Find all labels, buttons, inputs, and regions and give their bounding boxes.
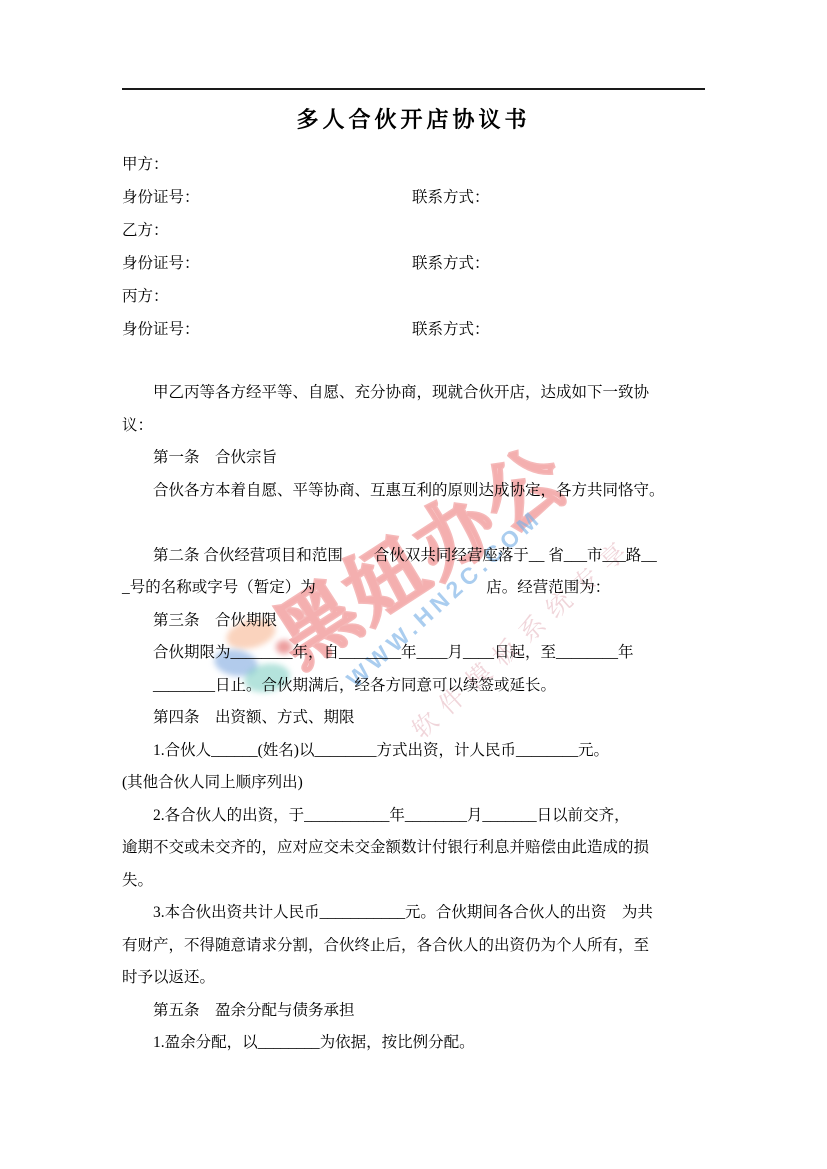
body-line: 失。 [122, 865, 742, 898]
agreement-body: 甲乙丙等各方经平等、自愿、充分协商，现就合伙开店，达成如下一致协 议： 第一条 … [122, 377, 742, 1060]
body-line: 有财产，不得随意请求分割，合伙终止后，各合伙人的出资仍为个人所有，至 [122, 930, 742, 963]
party-c-row: 丙方： [122, 280, 705, 313]
party-b-id-row: 身份证号：联系方式： [122, 247, 705, 280]
document-page: 黑妞办公 WWW.HN2C.COM 软件模板系统专享 多人合伙开店协议书 甲方：… [0, 0, 827, 1169]
body-line: _号的名称或字号（暂定）为 店。经营范围为： [122, 572, 742, 605]
party-b-id-label: 身份证号： [122, 255, 200, 272]
party-info-block: 甲方： 身份证号：联系方式： 乙方： 身份证号：联系方式： 丙方： 身份证号：联… [122, 148, 705, 346]
body-line: 第四条 出资额、方式、期限 [122, 702, 742, 735]
party-b-contact-label: 联系方式： [412, 247, 490, 280]
body-line: 合伙期限为________年，自________年____月____日起，至__… [122, 637, 742, 670]
header-rule [122, 88, 705, 90]
party-a-id-label: 身份证号： [122, 189, 200, 206]
party-c-label: 丙方： [122, 288, 169, 305]
body-line: 甲乙丙等各方经平等、自愿、充分协商，现就合伙开店，达成如下一致协 [122, 377, 742, 410]
body-line: 1.盈余分配，以________为依据，按比例分配。 [122, 1027, 742, 1060]
body-line: 第三条 合伙期限 [122, 605, 742, 638]
body-line: 第二条 合伙经营项目和范围 合伙双共同经营座落于__ 省___市___路__ [122, 540, 742, 573]
document-title: 多人合伙开店协议书 [122, 103, 705, 134]
body-line: ________日止。合伙期满后，经各方同意可以续签或延长。 [122, 670, 742, 703]
body-line: (其他合伙人同上顺序列出) [122, 767, 742, 800]
party-a-row: 甲方： [122, 148, 705, 181]
party-c-id-row: 身份证号：联系方式： [122, 313, 705, 346]
document-content: 多人合伙开店协议书 甲方： 身份证号：联系方式： 乙方： 身份证号：联系方式： … [0, 0, 827, 1169]
body-line: 第五条 盈余分配与债务承担 [122, 995, 742, 1028]
blank-line [122, 507, 742, 540]
body-line: 时予以返还。 [122, 962, 742, 995]
body-line: 议： [122, 410, 742, 443]
party-c-contact-label: 联系方式： [412, 313, 490, 346]
body-line: 逾期不交或未交齐的，应对应交未交金额数计付银行利息并赔偿由此造成的损 [122, 832, 742, 865]
body-line: 1.合伙人______(姓名)以________方式出资，计人民币_______… [122, 735, 742, 768]
body-line: 合伙各方本着自愿、平等协商、互惠互利的原则达成协定，各方共同恪守。 [122, 475, 742, 508]
party-a-contact-label: 联系方式： [412, 181, 490, 214]
party-a-label: 甲方： [122, 156, 169, 173]
party-a-id-row: 身份证号：联系方式： [122, 181, 705, 214]
body-line: 第一条 合伙宗旨 [122, 442, 742, 475]
party-b-row: 乙方： [122, 214, 705, 247]
party-c-id-label: 身份证号： [122, 321, 200, 338]
body-line: 3.本合伙出资共计人民币___________元。合伙期间各合伙人的出资 为共 [122, 897, 742, 930]
body-line: 2.各合伙人的出资，于___________年________月_______日… [122, 800, 742, 833]
party-b-label: 乙方： [122, 222, 169, 239]
